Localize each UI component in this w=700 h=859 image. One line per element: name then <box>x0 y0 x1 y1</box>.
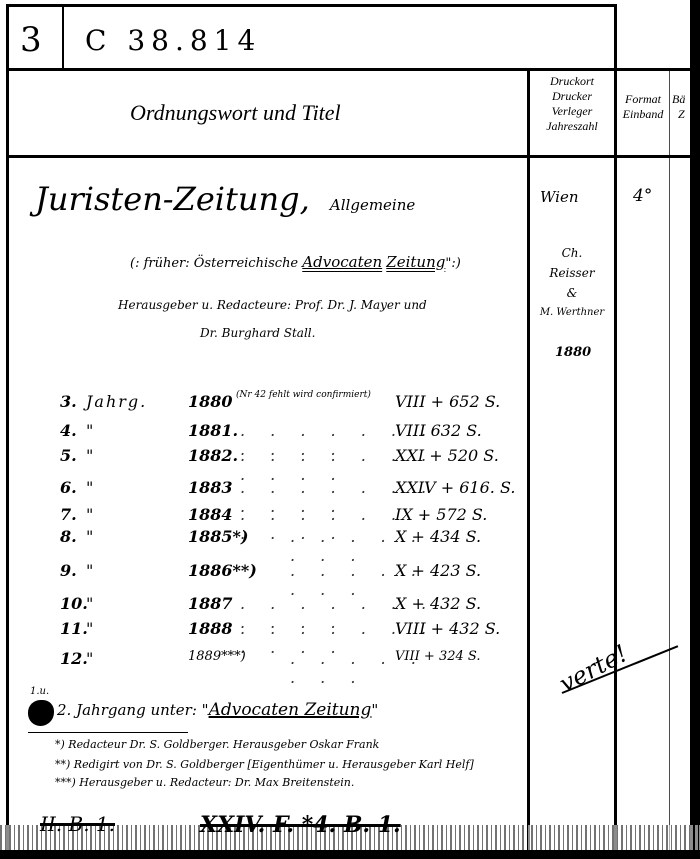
volume-label: " <box>86 421 95 440</box>
volume-row: 9. " 1886**) . . . . . . . . X + 423 S. <box>60 561 520 587</box>
volume-row: 5. " 1882. . . . . . . . . . . . XXI + 5… <box>60 446 520 472</box>
volume-row: 12. " 1889***) . . . . . . . . VIII + 32… <box>60 649 520 675</box>
volume-collation: X + 432 S. <box>395 594 481 613</box>
struck-shelfmark-right: XXIV. F. *4. B. 1. <box>200 812 401 838</box>
editors-line-1: Herausgeber u. Redacteure: Prof. Dr. J. … <box>118 298 427 312</box>
volume-number: 6. <box>60 478 77 497</box>
volume-collation: VIII + 324 S. <box>395 649 480 664</box>
volume-number: 4. <box>60 421 77 440</box>
volume-number: 11. <box>60 619 88 638</box>
volume-collation: VIII 632 S. <box>395 421 482 440</box>
header-format-line: Format <box>617 92 669 107</box>
header-cut-line: Bä <box>672 92 685 107</box>
earlier-volumes-note: 2. Jahrgang unter: "Advocaten Zeitung" <box>57 700 378 720</box>
footnote: **) Redigirt von Dr. S. Goldberger [Eige… <box>55 758 474 771</box>
volume-label: " <box>86 446 95 465</box>
place: Wien <box>540 188 579 206</box>
volume-label: " <box>86 505 95 524</box>
header-row-bottom <box>6 155 692 158</box>
footnote-rule <box>28 732 188 733</box>
former-title-advocaten: Advocaten <box>302 253 382 271</box>
volume-year: 1883 <box>188 478 233 497</box>
frame-left <box>6 4 9 854</box>
earlier-volumes-suffix: " <box>371 701 378 719</box>
volume-note: (Nr 42 fehlt wird confirmiert) <box>236 390 371 400</box>
catalog-card: 3 C 38.814 Ordnungswort und Titel Drucko… <box>0 0 700 859</box>
header-format-line: Einband <box>617 107 669 122</box>
footnote-text: Redacteur Dr. S. Goldberger. Herausgeber… <box>68 738 379 751</box>
earlier-volumes-range: 1.u. <box>30 686 49 697</box>
col-divider-printer <box>527 68 530 850</box>
volume-row: 3. Jahrg. 1880 (Nr 42 fehlt wird confirm… <box>60 392 520 418</box>
footnote-mark: *) <box>55 738 65 751</box>
header-cut-column: Bä Z <box>672 92 685 122</box>
box-number: 3 <box>20 20 42 60</box>
volume-number: 12. <box>60 649 88 668</box>
volume-collation: X + 434 S. <box>395 527 481 546</box>
volume-row: 10. " 1887 . . . . . . . . . . . X + 432… <box>60 594 520 620</box>
printer-line: Reisser <box>530 263 614 283</box>
struck-shelfmark-left: II. B. 1. <box>40 812 115 836</box>
main-title: Juristen-Zeitung, Allgemeine <box>35 180 415 218</box>
publication-year: 1880 <box>555 345 591 360</box>
box-divider <box>62 4 64 68</box>
volume-label: " <box>86 649 95 668</box>
header-format-column: Format Einband <box>617 92 669 122</box>
volume-row: 6. " 1883 . . . . . . . . . . . XXIV + 6… <box>60 478 520 504</box>
volume-label: " <box>86 478 95 497</box>
header-printer-line: Jahreszahl <box>530 119 614 134</box>
header-cut-line: Z <box>672 107 685 122</box>
volume-collation: XXI + 520 S. <box>395 446 499 465</box>
footnote-text: Herausgeber u. Redacteur: Dr. Max Breite… <box>79 776 354 789</box>
former-title-prefix: (: früher: Österreichische <box>130 256 298 271</box>
printer-block: Ch. Reisser & M. Werthner <box>530 243 614 323</box>
volume-number: 10. <box>60 594 88 613</box>
frame-top <box>6 4 616 7</box>
printer-line: M. Werthner <box>530 303 614 323</box>
volume-label: " <box>86 594 95 613</box>
volume-collation: IX + 572 S. <box>395 505 487 524</box>
volume-number: 8. <box>60 527 77 546</box>
former-title-zeitung: Zeitung <box>386 253 445 271</box>
volume-number: 7. <box>60 505 77 524</box>
footnote-mark: **) <box>55 758 70 771</box>
former-title-suffix: ":) <box>445 256 460 271</box>
earlier-volumes-prefix: 2. Jahrgang unter: " <box>57 701 209 719</box>
footnote-text: Redigirt von Dr. S. Goldberger [Eigenthü… <box>74 758 474 771</box>
header-printer-column: Druckort Drucker Verleger Jahreszahl <box>530 74 614 134</box>
volume-collation: XXIV + 616. S. <box>395 478 515 497</box>
col-divider-cut <box>669 68 670 850</box>
volume-year: 1888 <box>188 619 233 638</box>
volume-year: 1884 <box>188 505 233 524</box>
header-row-top <box>6 68 692 71</box>
volume-collation: VIII + 652 S. <box>395 392 500 411</box>
shelfmark: C 38.814 <box>85 24 261 57</box>
volume-year: 1885*) <box>188 527 248 546</box>
volume-label: " <box>86 527 95 546</box>
main-title-suffix: Allgemeine <box>330 196 415 214</box>
volume-label: " <box>86 561 95 580</box>
volume-label: Jahrg. <box>86 392 147 411</box>
header-printer-line: Verleger <box>530 104 614 119</box>
footnote: ***) Herausgeber u. Redacteur: Dr. Max B… <box>55 776 354 789</box>
editors-line-2: Dr. Burghard Stall. <box>200 326 315 340</box>
header-title-column: Ordnungswort und Titel <box>130 100 341 126</box>
volume-year: 1886**) <box>188 561 257 580</box>
printer-line: Ch. <box>530 243 614 263</box>
frame-right-edge <box>690 0 700 859</box>
volume-year: 1887 <box>188 594 233 613</box>
header-printer-line: Drucker <box>530 89 614 104</box>
volume-row: 8. " 1885*) . . . . . . . . X + 434 S. <box>60 527 520 553</box>
volume-collation: X + 423 S. <box>395 561 481 580</box>
col-divider-format <box>614 68 617 850</box>
volume-number: 3. <box>60 392 77 411</box>
card-bottom-edge <box>0 850 700 859</box>
printer-line: & <box>530 283 614 303</box>
volume-year: 1889***) <box>188 649 246 664</box>
footnote-mark: ***) <box>55 776 76 789</box>
volume-number: 5. <box>60 446 77 465</box>
volume-label: " <box>86 619 95 638</box>
volume-row: 4. " 1881. . . . . . . . . . . . VIII 63… <box>60 421 520 447</box>
main-title-text: Juristen-Zeitung, <box>35 180 310 218</box>
volume-collation: VIII + 432 S. <box>395 619 500 638</box>
volume-number: 9. <box>60 561 77 580</box>
volume-year: 1880 <box>188 392 233 411</box>
former-title: (: früher: Österreichische Advocaten Zei… <box>130 253 461 271</box>
volume-year: 1881. <box>188 421 238 440</box>
format-value: 4° <box>633 186 652 206</box>
ink-blot <box>28 700 54 726</box>
volume-row: 11. " 1888 . . . . . . . . . . . VIII + … <box>60 619 520 645</box>
earlier-volumes-title: Advocaten Zeitung <box>209 700 372 720</box>
header-printer-line: Druckort <box>530 74 614 89</box>
volume-year: 1882. <box>188 446 238 465</box>
top-right-divider <box>614 4 617 68</box>
footnote: *) Redacteur Dr. S. Goldberger. Herausge… <box>55 738 379 751</box>
